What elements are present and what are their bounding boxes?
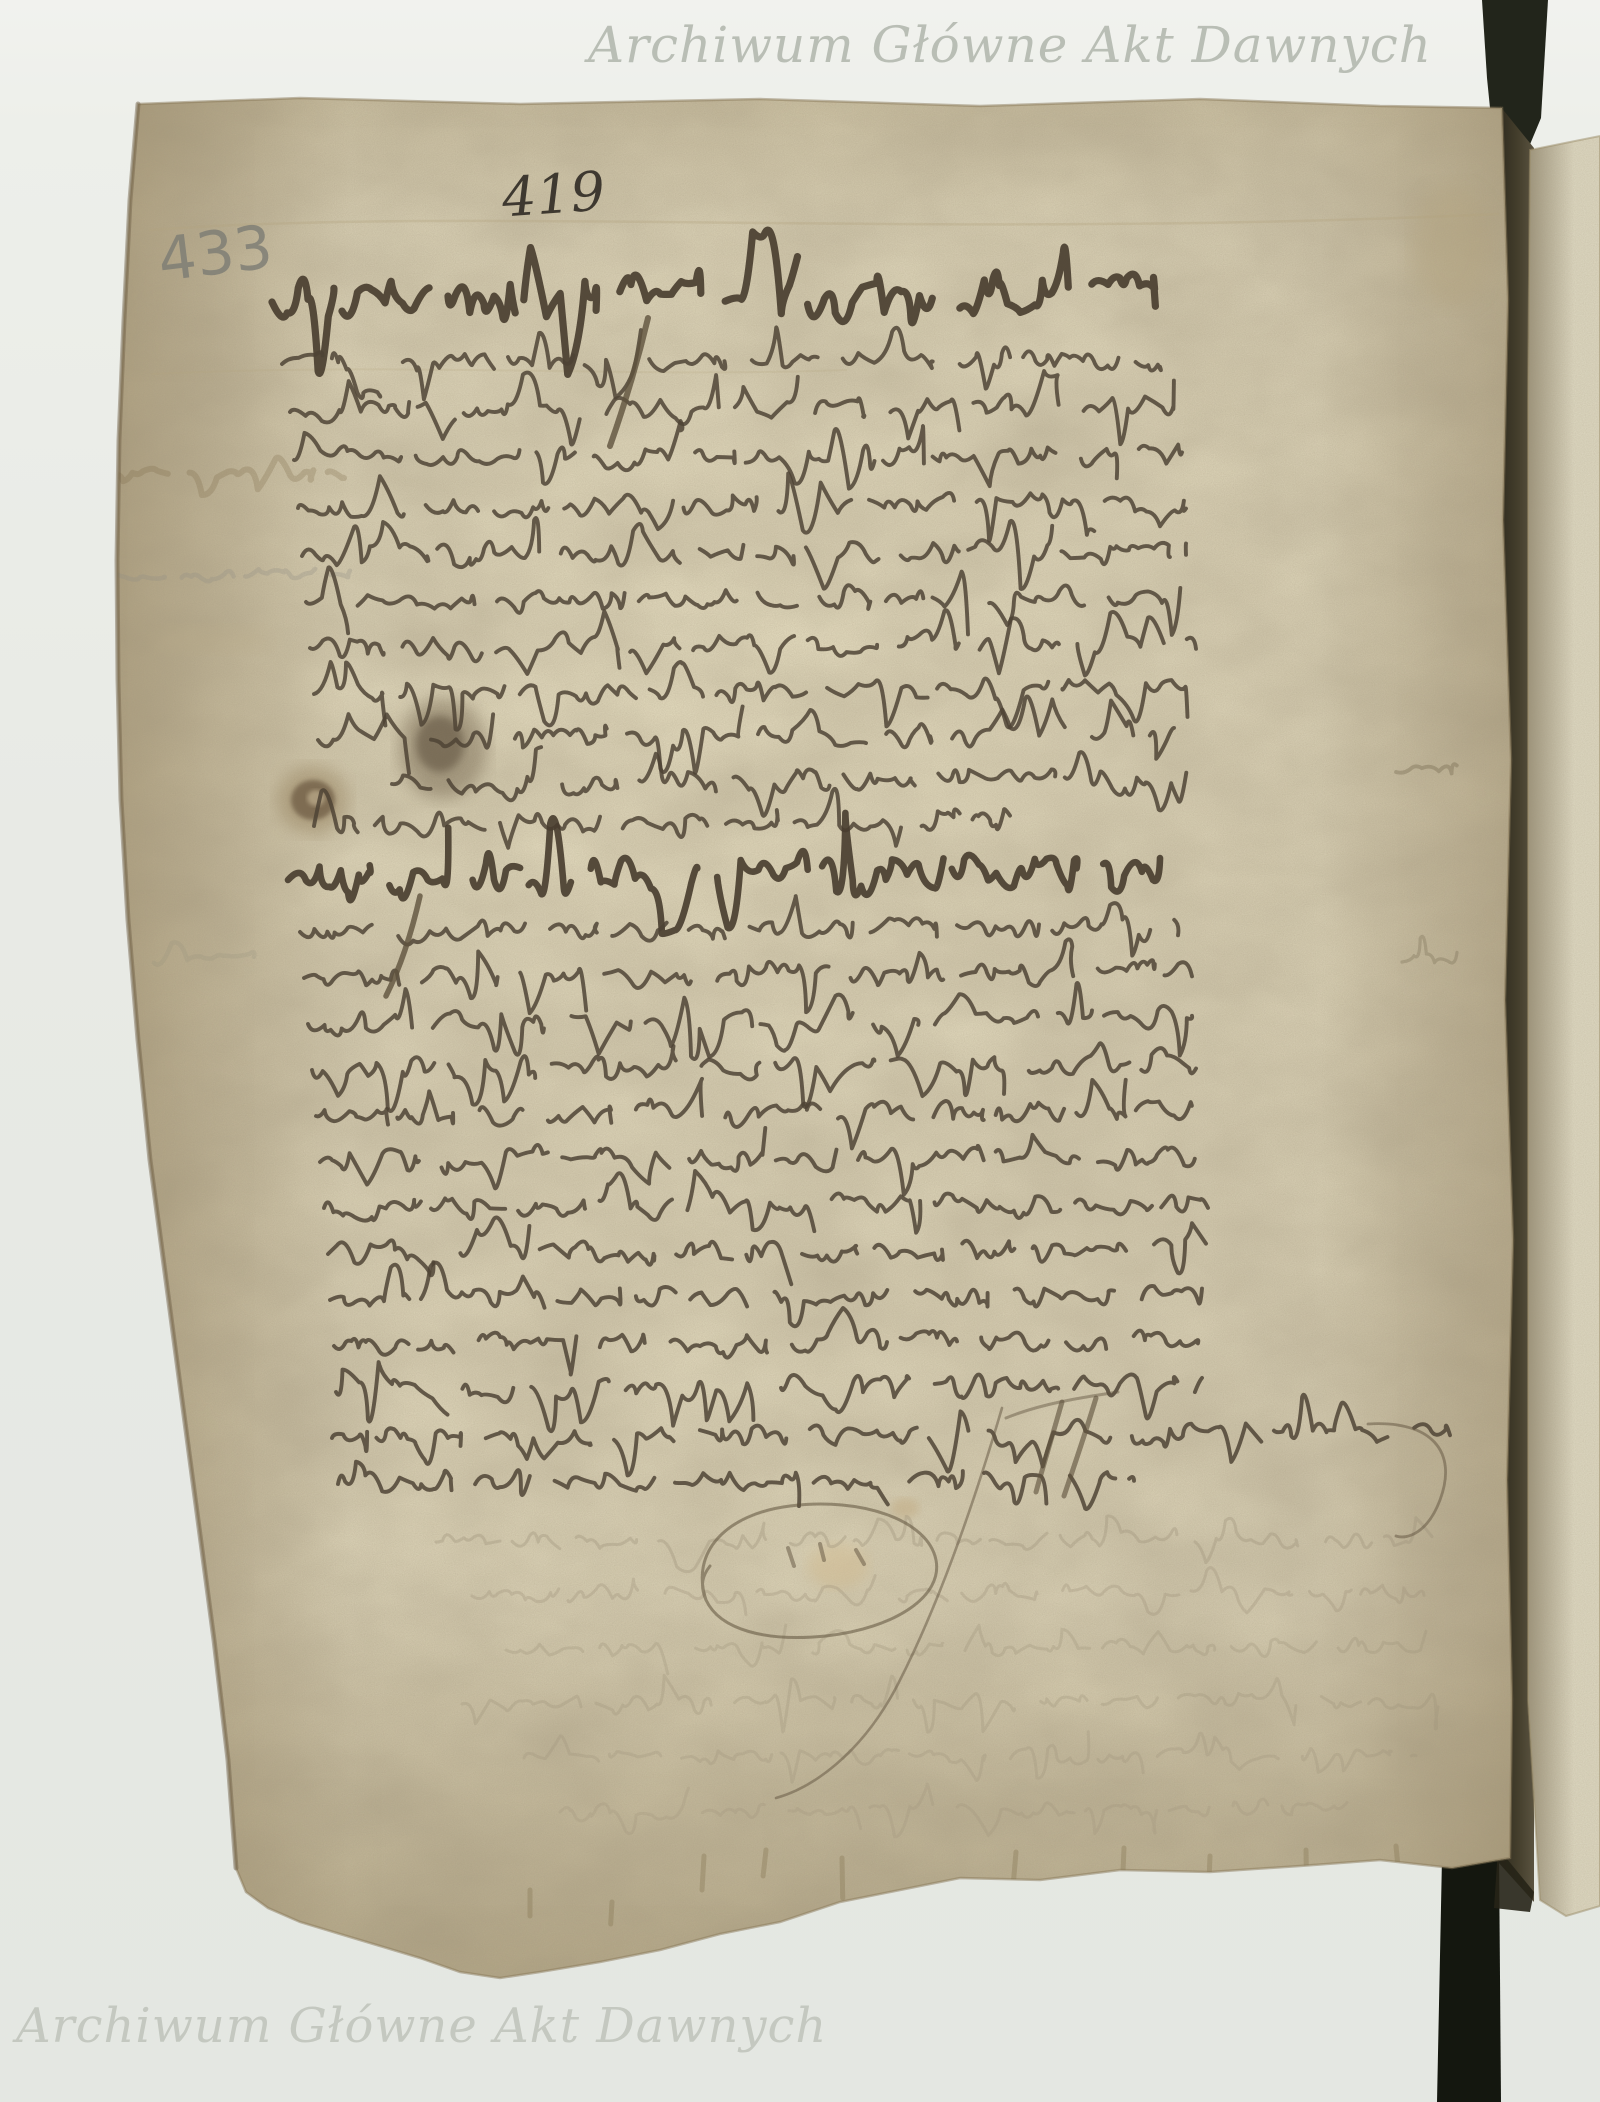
main-page-sheet [0,0,1594,2000]
adjacent-page-edge [1528,130,1600,1920]
manuscript-page-canvas [0,0,1600,2102]
manuscript-scan-viewport: 419 433 Archiwum Główne Akt Dawnych Arch… [0,0,1600,2102]
